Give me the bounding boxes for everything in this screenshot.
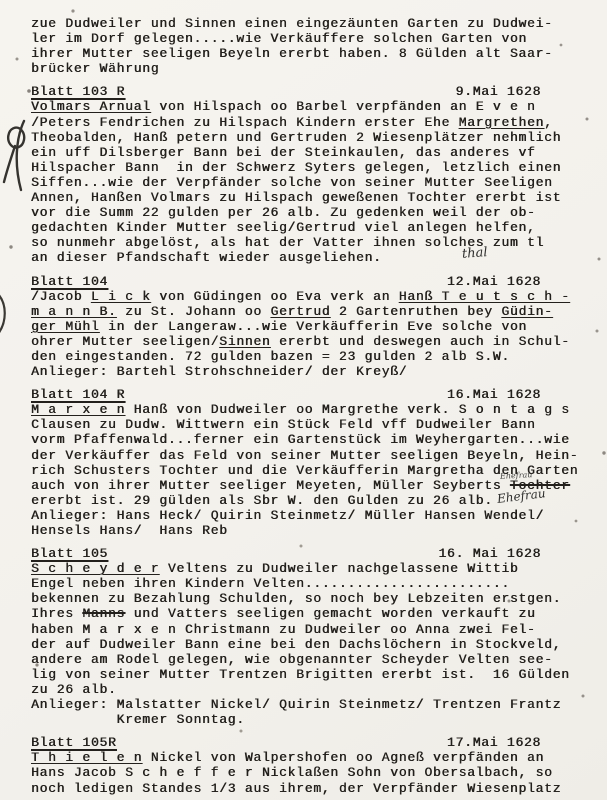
text-line: der auf Dudweiler Bann eine bei den Dach… (31, 637, 607, 652)
margin-paren-icon (0, 292, 11, 336)
text-line: Anlieger: Malstatter Nickel/ Quirin Stei… (31, 697, 607, 712)
text-line: brücker Währung (31, 61, 607, 76)
text-line: /Jacob L i c k von Güdingen oo Eva verk … (31, 289, 607, 304)
text-line: Anlieger: Hans Heck/ Quirin Steinmetz/ M… (31, 508, 607, 523)
section-body: Volmars Arnual von Hilspach oo Barbel ve… (31, 99, 607, 265)
text-line: ohrer Mutter seeligen/Sinnen ererbt und … (31, 334, 607, 349)
text-line: S c h e y d e r Veltens zu Dudweiler nac… (31, 561, 607, 576)
text-line: gedachten Kinder Mutter seelig/Gertrud v… (31, 220, 607, 235)
text-line: lig von seiner Mutter Trentzen Brigitten… (31, 667, 607, 682)
text-line: ein uff Dilsberger Bann bei der Steinkau… (31, 145, 607, 160)
text-line: M a r x e n Hanß von Dudweiler oo Margre… (31, 402, 607, 417)
text-line: Ihres Manns und Vatters seeligen gemacht… (31, 606, 607, 621)
section-blatt-105r: Blatt 105R 17.Mai 1628 T h i e l e n Nic… (31, 735, 607, 795)
scan-noise-specks (0, 0, 2, 2)
text-line: ler im Dorf gelegen.....wie Verkäuffere … (31, 31, 607, 46)
section-title: Blatt 104 (31, 274, 108, 289)
section-title: Blatt 104 R (31, 387, 125, 402)
text-line: Hilspacher Bann in der Schwerz Syters ge… (31, 160, 607, 175)
section-title: Blatt 105R (31, 735, 117, 750)
text-line: andere am Rodel gelegen, wie obgenannter… (31, 652, 607, 667)
section-body: T h i e l e n Nickel von Walpershofen oo… (31, 750, 607, 795)
text-line: Theobalden, Hanß petern und Gertruden 2 … (31, 130, 607, 145)
section-date: 12.Mai 1628 (447, 274, 541, 289)
text-line: den eingestanden. 72 gulden bazen = 23 g… (31, 349, 607, 364)
section-blatt-104r: Blatt 104 R 16.Mai 1628 M a r x e n Hanß… (31, 387, 607, 538)
section-date: 9.Mai 1628 (455, 84, 541, 99)
section-blatt-105: Blatt 105 16. Mai 1628 S c h e y d e r V… (31, 546, 607, 727)
section-date: 16. Mai 1628 (438, 546, 541, 561)
handwritten-note-thal: thal (462, 245, 489, 262)
section-body: S c h e y d e r Veltens zu Dudweiler nac… (31, 561, 607, 727)
text-line: /Peters Fendrichen zu Hilspach Kindern e… (31, 115, 607, 130)
section-header-row: Blatt 105 16. Mai 1628 (31, 546, 607, 561)
text-line: m a n n B. zu St. Johann oo Gertrud 2 Ga… (31, 304, 607, 319)
text-line: Kremer Sonntag. (31, 712, 607, 727)
text-line: ger Mühl in der Langeraw...wie Verkäuffe… (31, 319, 607, 334)
text-line: bekennen zu Bezahlung Schulden, so noch … (31, 591, 607, 606)
text-line: zu 26 alb. (31, 682, 607, 697)
section-header-row: Blatt 105R 17.Mai 1628 (31, 735, 607, 750)
document-page: zue Dudweiler und Sinnen einen eingezäun… (0, 0, 607, 800)
section-body: /Jacob L i c k von Güdingen oo Eva verk … (31, 289, 607, 380)
text-line: Anlieger: Bartehl Strohschneider/ der Kr… (31, 364, 607, 379)
section-header-row: Blatt 104 12.Mai 1628 (31, 274, 607, 289)
text-line: vor die Summ 22 gulden per 26 alb. Zu ge… (31, 205, 607, 220)
text-line: Hans Jacob S c h e f f e r Nicklaßen Soh… (31, 765, 607, 780)
scanned-document: { "page": { "background": "#f6f4ef", "te… (0, 0, 607, 800)
text-line: ihrer Mutter seeligen Beyeln ererbt habe… (31, 46, 607, 61)
intro-paragraph: zue Dudweiler und Sinnen einen eingezäun… (31, 16, 607, 76)
text-line: zue Dudweiler und Sinnen einen eingezäun… (31, 16, 607, 31)
text-line: Volmars Arnual von Hilspach oo Barbel ve… (31, 99, 607, 114)
section-date: 16.Mai 1628 (447, 387, 541, 402)
section-title: Blatt 103 R (31, 84, 125, 99)
text-line: Siffen...wie der Verpfänder solche von s… (31, 175, 607, 190)
text-line: Engel neben ihren Kindern Velten........… (31, 576, 607, 591)
text-line: Clausen zu Dudw. Wittwern ein Stück Feld… (31, 417, 607, 432)
text-line: vorm Pfaffenwald...ferner ein Gartenstüc… (31, 432, 607, 447)
text-line: T h i e l e n Nickel von Walpershofen oo… (31, 750, 607, 765)
text-line: haben M a r x e n Christmann zu Dudweile… (31, 622, 607, 637)
section-header-row: Blatt 104 R 16.Mai 1628 (31, 387, 607, 402)
section-header-row: Blatt 103 R 9.Mai 1628 (31, 84, 607, 99)
text-line: an dieser Pfandschaft wieder ausgeliehen… (31, 250, 607, 265)
text-line: so nunmehr abgelöst, als hat der Vatter … (31, 235, 607, 250)
text-line: noch ledigen Standes 1/3 aus ihrem, der … (31, 781, 607, 796)
section-date: 17.Mai 1628 (447, 735, 541, 750)
section-blatt-103r: Blatt 103 R 9.Mai 1628 Volmars Arnual vo… (31, 84, 607, 265)
text-line: Annen, Hanßen Volmars zu Hilspach geweße… (31, 190, 607, 205)
text-line: Hensels Hans/ Hans Reb (31, 523, 607, 538)
section-blatt-104: Blatt 104 12.Mai 1628 /Jacob L i c k von… (31, 274, 607, 380)
text-line: der Verkäuffer das Feld von seiner Mutte… (31, 448, 607, 463)
margin-flourish-icon (0, 118, 30, 194)
handwritten-correction-over-strikethrough: Ehefrau (500, 467, 533, 484)
section-title: Blatt 105 (31, 546, 108, 561)
